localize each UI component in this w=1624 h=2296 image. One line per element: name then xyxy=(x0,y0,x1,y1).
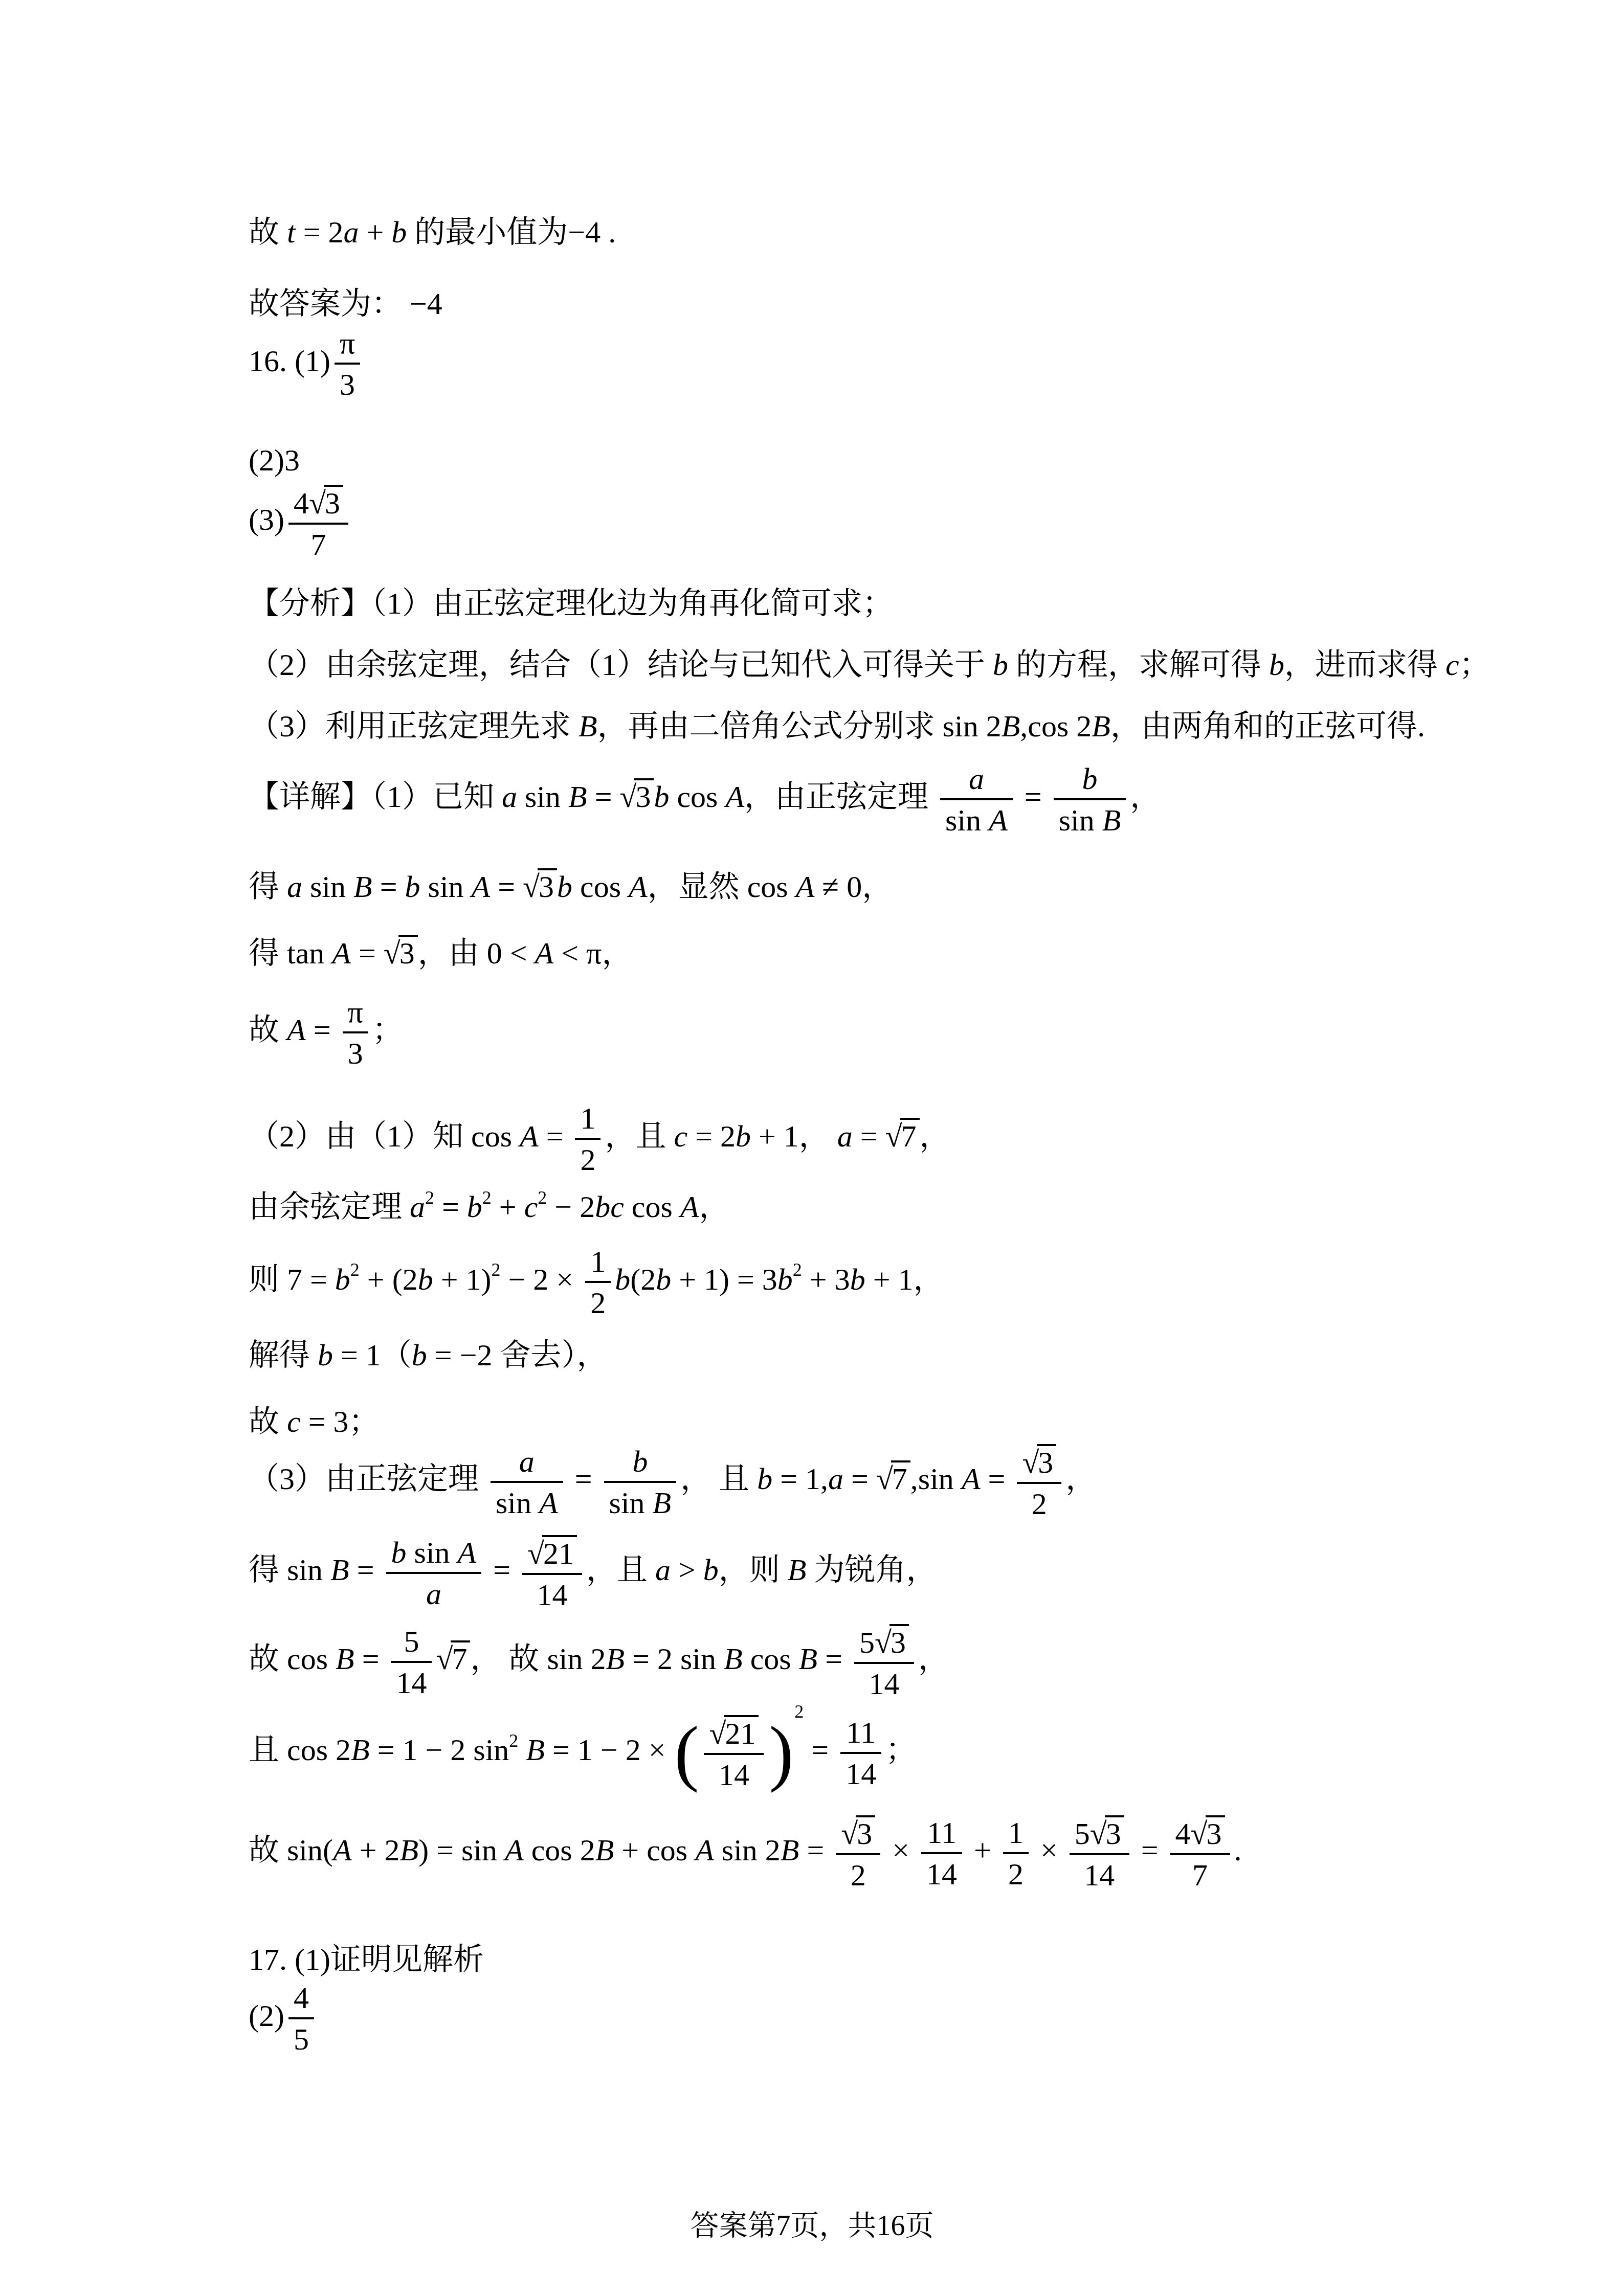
math-line-7: （2）由余弦定理，结合（1）结论与已知代入可得关于 b 的方程，求解可得 b，进… xyxy=(249,647,1490,683)
fraction: 514 xyxy=(391,1626,432,1699)
square-root: √3 xyxy=(523,868,557,905)
fraction: asin A xyxy=(940,763,1013,837)
square-root: √3 xyxy=(384,935,418,971)
fraction: 45 xyxy=(288,1982,314,2056)
fraction: asin A xyxy=(491,1446,563,1519)
parenthesized-expression: (√2114)2 xyxy=(674,1715,804,1791)
fraction: bsin B xyxy=(1054,763,1126,837)
math-line-18: （3）由正弦定理 asin A = bsin B， 且 b = 1,a = √7… xyxy=(249,1444,1096,1520)
square-root: √3 xyxy=(1191,1815,1225,1850)
square-root: √7 xyxy=(876,1460,910,1497)
square-root: √7 xyxy=(885,1118,920,1154)
math-line-20: 故 cos B = 514√7， 故 sin 2B = 2 sin B cos … xyxy=(249,1624,949,1700)
fraction: b sin Aa xyxy=(386,1537,482,1610)
fraction: π3 xyxy=(335,327,360,401)
math-line-11: 得 tan A = √3，由 0 < A < π， xyxy=(249,935,632,971)
square-root: √3 xyxy=(309,485,343,520)
math-line-1: 故 t = 2a + b 的最小值为−4 . xyxy=(249,215,616,250)
fraction: 12 xyxy=(575,1102,600,1176)
square-root: √3 xyxy=(1022,1444,1056,1479)
math-line-4: (2)3 xyxy=(249,443,300,478)
math-line-21: 且 cos 2B = 1 − 2 sin2 B = 1 − 2 × (√2114… xyxy=(249,1715,916,1791)
square-root: √21 xyxy=(527,1535,577,1570)
square-root: √7 xyxy=(436,1640,470,1677)
math-line-10: 得 a sin B = b sin A = √3b cos A，显然 cos A… xyxy=(249,868,893,905)
square-root: √21 xyxy=(709,1715,759,1750)
math-line-19: 得 sin B = b sin Aa = √2114，且 a > b，则 B 为… xyxy=(249,1535,937,1611)
math-line-8: （3）利用正弦定理先求 B，再由二倍角公式分别求 sin 2B,cos 2B，由… xyxy=(249,709,1425,744)
fraction: √32 xyxy=(1017,1444,1061,1520)
math-line-9: 【详解】（1）已知 a sin B = √3b cos A，由正弦定理 asin… xyxy=(249,763,1161,837)
math-line-22: 故 sin(A + 2B) = sin A cos 2B + cos A sin… xyxy=(249,1815,1242,1892)
math-line-23: 17. (1)证明见解析 xyxy=(249,1942,484,1977)
square-root: √3 xyxy=(875,1624,909,1659)
math-line-13: （2）由（1）知 cos A = 12，且 c = 2b + 1， a = √7… xyxy=(249,1102,950,1176)
fraction: 1114 xyxy=(921,1817,962,1890)
fraction: 12 xyxy=(1003,1817,1029,1890)
math-line-24: (2)45 xyxy=(249,1982,318,2056)
fraction: √2114 xyxy=(522,1535,582,1611)
document-page: 故 t = 2a + b 的最小值为−4 .故答案为： −416. (1)π3(… xyxy=(0,0,1624,2296)
page-footer: 答案第7页，共16页 xyxy=(0,2203,1624,2244)
fraction: 5√314 xyxy=(854,1624,914,1700)
square-root: √3 xyxy=(620,778,654,815)
fraction: π3 xyxy=(343,996,368,1070)
math-line-16: 解得 b = 1（b = −2 舍去）， xyxy=(249,1338,608,1373)
fraction: 5√314 xyxy=(1070,1815,1129,1892)
fraction: 1114 xyxy=(840,1717,881,1790)
fraction: bsin B xyxy=(604,1446,677,1519)
math-line-3: 16. (1)π3 xyxy=(249,327,364,401)
math-line-14: 由余弦定理 a2 = b2 + c2 − 2bc cos A， xyxy=(249,1189,729,1225)
fraction: 12 xyxy=(585,1246,611,1319)
math-line-12: 故 A = π3； xyxy=(249,996,403,1070)
fraction: 4√37 xyxy=(1170,1815,1230,1892)
math-line-2: 故答案为： −4 xyxy=(249,286,442,322)
math-line-5: (3)4√37 xyxy=(249,485,352,561)
square-root: √3 xyxy=(841,1815,875,1850)
fraction: 4√37 xyxy=(288,485,348,561)
math-line-6: 【分析】（1）由正弦定理化边为角再化简可求； xyxy=(249,586,893,621)
math-line-15: 则 7 = b2 + (2b + 1)2 − 2 × 12b(2b + 1) =… xyxy=(249,1246,944,1319)
fraction: √32 xyxy=(836,1815,880,1892)
fraction: √2114 xyxy=(704,1715,764,1791)
square-root: √3 xyxy=(1090,1815,1124,1850)
math-line-17: 故 c = 3； xyxy=(249,1404,379,1439)
